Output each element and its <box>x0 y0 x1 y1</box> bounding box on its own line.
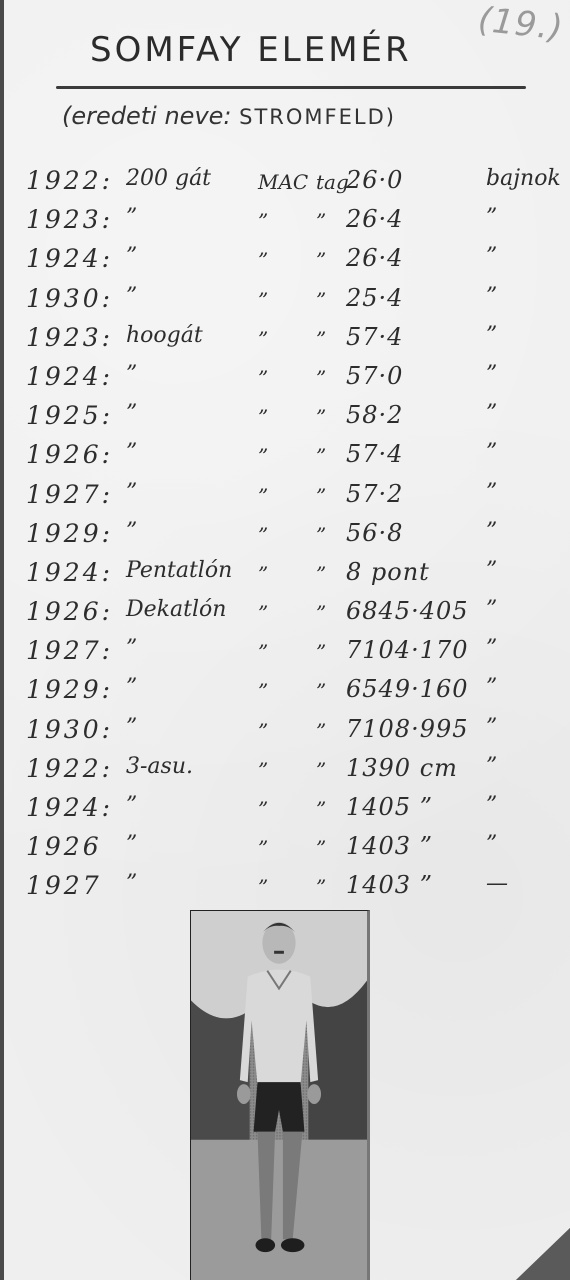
record-club: ” <box>258 601 268 625</box>
record-value: 1405 ” <box>346 793 433 821</box>
record-value: 6549·160 <box>346 675 469 703</box>
athlete-photo <box>190 910 370 1280</box>
record-label: ” <box>316 444 326 468</box>
record-event: ” <box>126 519 137 544</box>
record-year: 1927: <box>26 636 113 665</box>
record-row: 1924:”””1405 ”” <box>26 787 566 826</box>
record-club: ” <box>258 209 268 233</box>
record-club: ” <box>258 836 268 860</box>
record-label: ” <box>316 209 326 233</box>
record-label: ” <box>316 836 326 860</box>
record-club: MAC <box>258 170 308 194</box>
record-club: ” <box>258 523 268 547</box>
record-year: 1924: <box>26 244 113 273</box>
record-row: 1927:”””7104·170” <box>26 630 566 669</box>
record-year: 1922: <box>26 166 113 195</box>
record-row: 1923:”””26·4” <box>26 199 566 238</box>
record-note: bajnok <box>486 166 561 191</box>
record-row: 1924:Pentatlón””8 pont” <box>26 552 566 591</box>
record-event: ” <box>126 440 137 465</box>
record-note: ” <box>486 440 497 465</box>
record-label: ” <box>316 288 326 312</box>
record-year: 1925: <box>26 401 113 430</box>
record-row: 1922:200 gátMACtag26·0bajnok <box>26 160 566 199</box>
record-event: ” <box>126 401 137 426</box>
record-value: 56·8 <box>346 519 403 547</box>
record-club: ” <box>258 679 268 703</box>
record-year: 1926 <box>26 832 102 861</box>
record-value: 58·2 <box>346 401 403 429</box>
original-name-prefix: (eredeti neve: <box>62 102 232 130</box>
title-underline <box>56 86 526 89</box>
record-event: ” <box>126 284 137 309</box>
record-year: 1923: <box>26 205 113 234</box>
record-event: ” <box>126 675 137 700</box>
record-note: ” <box>486 675 497 700</box>
record-value: 7104·170 <box>346 636 469 664</box>
record-value: 6845·405 <box>346 597 469 625</box>
record-event: Pentatlón <box>126 558 232 583</box>
record-label: ” <box>316 484 326 508</box>
record-value: 57·2 <box>346 480 403 508</box>
record-row: 1927:”””57·2” <box>26 474 566 513</box>
record-label: tag <box>316 170 349 194</box>
record-year: 1926: <box>26 440 113 469</box>
records-list: 1922:200 gátMACtag26·0bajnok1923:”””26·4… <box>26 160 566 905</box>
record-label: ” <box>316 640 326 664</box>
record-year: 1922: <box>26 754 113 783</box>
record-year: 1927 <box>26 871 102 900</box>
record-value: 8 pont <box>346 558 430 586</box>
record-club: ” <box>258 719 268 743</box>
athlete-figure-icon <box>191 911 367 1280</box>
record-event: 200 gát <box>126 166 211 191</box>
record-label: ” <box>316 797 326 821</box>
record-note: ” <box>486 832 497 857</box>
record-value: 1403 ” <box>346 871 433 899</box>
record-note: ” <box>486 636 497 661</box>
record-event: ” <box>126 715 137 740</box>
record-event: ” <box>126 871 137 896</box>
record-value: 26·4 <box>346 205 403 233</box>
record-note: ” <box>486 754 497 779</box>
record-event: hoogát <box>126 323 203 348</box>
record-club: ” <box>258 758 268 782</box>
record-note: ” <box>486 244 497 269</box>
record-label: ” <box>316 405 326 429</box>
original-name-value: STROMFELD) <box>239 105 396 129</box>
record-value: 1403 ” <box>346 832 433 860</box>
record-value: 26·0 <box>346 166 403 194</box>
record-year: 1930: <box>26 284 113 313</box>
record-club: ” <box>258 327 268 351</box>
athlete-name: SOMFAY ELEMÉR <box>90 30 412 70</box>
record-value: 57·4 <box>346 323 403 351</box>
record-label: ” <box>316 601 326 625</box>
record-note: ” <box>486 401 497 426</box>
record-value: 26·4 <box>346 244 403 272</box>
record-club: ” <box>258 248 268 272</box>
record-year: 1929: <box>26 675 113 704</box>
record-label: ” <box>316 719 326 743</box>
record-event: ” <box>126 793 137 818</box>
record-row: 1930:”””25·4” <box>26 278 566 317</box>
record-event: ” <box>126 362 137 387</box>
record-row: 1924:”””26·4” <box>26 238 566 277</box>
record-club: ” <box>258 640 268 664</box>
record-year: 1926: <box>26 597 113 626</box>
record-note: ” <box>486 793 497 818</box>
record-event: ” <box>126 480 137 505</box>
record-event: 3-asu. <box>126 754 193 779</box>
record-year: 1924: <box>26 558 113 587</box>
record-year: 1929: <box>26 519 113 548</box>
record-year: 1923: <box>26 323 113 352</box>
record-event: Dekatlón <box>126 597 226 622</box>
record-year: 1924: <box>26 793 113 822</box>
record-row: 1924:”””57·0” <box>26 356 566 395</box>
record-label: ” <box>316 679 326 703</box>
record-year: 1927: <box>26 480 113 509</box>
record-label: ” <box>316 523 326 547</box>
record-club: ” <box>258 562 268 586</box>
record-label: ” <box>316 366 326 390</box>
record-row: 1930:”””7108·995” <box>26 709 566 748</box>
record-note: ” <box>486 362 497 387</box>
record-row: 1929:”””56·8” <box>26 513 566 552</box>
record-row: 1922:3-asu.””1390 cm” <box>26 748 566 787</box>
record-club: ” <box>258 875 268 899</box>
record-value: 57·4 <box>346 440 403 468</box>
record-club: ” <box>258 405 268 429</box>
record-row: 1926:Dekatlón””6845·405” <box>26 591 566 630</box>
record-year: 1930: <box>26 715 113 744</box>
record-value: 25·4 <box>346 284 403 312</box>
record-event: ” <box>126 832 137 857</box>
record-value: 57·0 <box>346 362 403 390</box>
record-club: ” <box>258 797 268 821</box>
record-value: 1390 cm <box>346 754 458 782</box>
record-note: ” <box>486 597 497 622</box>
record-row: 1923:hoogát””57·4” <box>26 317 566 356</box>
record-club: ” <box>258 366 268 390</box>
record-club: ” <box>258 484 268 508</box>
record-note: ” <box>486 558 497 583</box>
record-label: ” <box>316 327 326 351</box>
record-note: ” <box>486 323 497 348</box>
record-note: ” <box>486 480 497 505</box>
record-row: 1925:”””58·2” <box>26 395 566 434</box>
record-event: ” <box>126 205 137 230</box>
record-value: 7108·995 <box>346 715 469 743</box>
record-note: — <box>486 871 508 896</box>
original-name: (eredeti neve: STROMFELD) <box>62 102 396 130</box>
record-label: ” <box>316 875 326 899</box>
record-label: ” <box>316 248 326 272</box>
record-note: ” <box>486 284 497 309</box>
record-year: 1924: <box>26 362 113 391</box>
record-row: 1927”””1403 ”— <box>26 865 566 904</box>
record-label: ” <box>316 758 326 782</box>
record-event: ” <box>126 636 137 661</box>
record-row: 1929:”””6549·160” <box>26 669 566 708</box>
record-note: ” <box>486 519 497 544</box>
record-event: ” <box>126 244 137 269</box>
record-note: ” <box>486 715 497 740</box>
record-note: ” <box>486 205 497 230</box>
card-number: (19.) <box>477 0 566 48</box>
record-card: (19.) SOMFAY ELEMÉR (eredeti neve: STROM… <box>0 0 570 1280</box>
record-row: 1926”””1403 ”” <box>26 826 566 865</box>
record-row: 1926:”””57·4” <box>26 434 566 473</box>
record-club: ” <box>258 288 268 312</box>
record-label: ” <box>316 562 326 586</box>
record-club: ” <box>258 444 268 468</box>
